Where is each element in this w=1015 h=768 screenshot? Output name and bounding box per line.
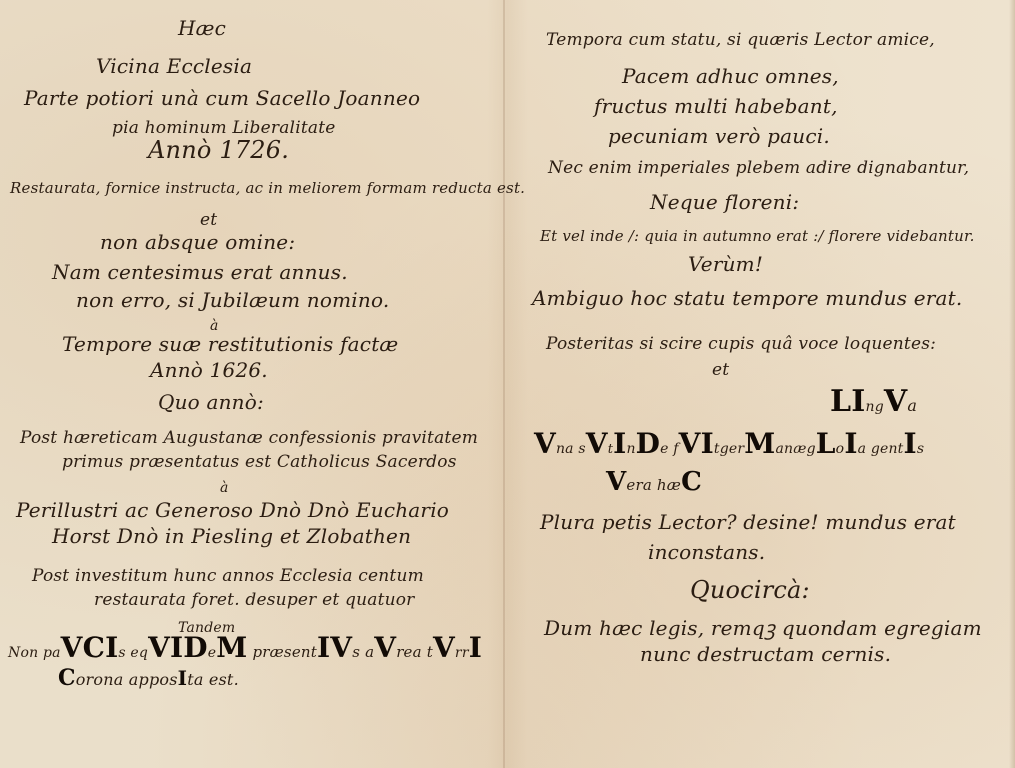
right-line-8: Verùm! [688,254,763,274]
right-line-2: Pacem adhuc omnes, [622,66,839,86]
chrono-capital: VID [148,631,208,664]
right-line-3: fructus multi habebant, [594,96,838,116]
right-line-6: Neque floreni: [650,192,799,212]
left-line-3: Parte potiori unà cum Sacello Joanneo [24,88,420,108]
chrono-text: ng [866,399,884,415]
left-line-20: Post investitum hunc annos Ecclesia cent… [32,566,424,586]
right-line-15: Dum hæc legis, remqꝫ quondam egregiam [544,618,982,638]
right-chronogram-top: LIngVa [830,392,917,417]
chrono-capital: M [216,631,247,664]
chrono-capital: I [904,427,917,460]
chrono-capital: I [469,631,482,664]
chrono-capital: I [844,427,857,460]
left-chronogram-line-2: Corona apposIta est. [58,668,239,690]
chrono-text: n [626,441,635,457]
right-line-12: Plura petis Lector? desine! mundus erat [540,512,956,532]
chrono-text: s [917,441,924,457]
chrono-text: Non pa [8,645,61,661]
chrono-capital: L [816,427,836,460]
chrono-text: orona appos [76,670,178,689]
manuscript-spread: Hæc Vicina Ecclesia Parte potiori unà cu… [0,0,1015,768]
right-line-14: Quocircà: [690,580,810,600]
chrono-text: a gent [858,441,904,457]
chrono-capital: VCI [61,631,119,664]
left-line-19: Horst Dnò in Piesling et Zlobathen [52,526,411,546]
chrono-text: era hæ [626,476,681,494]
left-line-8: non absque omine: [100,232,295,252]
left-line-17: à [220,478,229,498]
chrono-capital: IV [317,631,352,664]
left-line-16: primus præsentatus est Catholicus Sacerd… [62,452,457,472]
right-line-5: Nec enim imperiales plebem adire dignaba… [548,158,969,178]
chrono-text: tger [714,441,744,457]
chrono-capital: V [374,631,396,664]
chrono-capital: C [681,467,702,497]
chrono-text: e [208,645,217,661]
chrono-capital: LI [830,384,866,419]
right-chronogram-main: Vna sVtInDe fVItgerManægLoIa gentIs [534,434,924,460]
chrono-text: rr [455,645,469,661]
left-line-1: Hæc [178,18,226,38]
right-line-7: Et vel inde /: quia in autumno erat :/ f… [540,226,975,246]
chrono-text: rea t [396,643,433,661]
left-line-10: non erro, si Jubilæum nomino. [76,290,389,310]
left-line-18: Perillustri ac Generoso Dnò Dnò Euchario [16,500,449,520]
chrono-capital: V [606,467,626,497]
chrono-capital: V [586,427,608,460]
left-line-21: restaurata foret. desuper et quatuor [94,590,415,610]
left-line-9: Nam centesimus erat annus. [52,262,348,282]
left-line-14: Quo annò: [158,392,264,412]
left-line-13: Annò 1626. [150,360,268,380]
left-line-4: pia hominum Liberalitate [112,118,335,138]
right-line-11: et [712,360,729,380]
chrono-text: ta est. [187,670,239,689]
chrono-capital: VI [679,427,714,460]
left-line-7: et [200,210,217,230]
chrono-text: e f [660,441,679,457]
chrono-text: anæg [775,441,815,457]
right-line-13: inconstans. [648,542,765,562]
left-chronogram-line-1: Non paVCIs eqVIDeM præsentIVs aVrea tVrr… [8,638,482,663]
right-chronogram-bottom: Vera hæC [606,472,702,495]
chrono-text: na s [556,441,586,457]
right-line-4: pecuniam verò pauci. [608,126,830,146]
left-line-2: Vicina Ecclesia [96,56,252,76]
chrono-capital: D [636,427,660,460]
chrono-capital: V [433,631,455,664]
right-line-10: Posteritas si scire cupis quâ voce loque… [546,334,936,354]
chrono-capital: V [534,427,556,460]
left-line-15: Post hæreticam Augustanæ confessionis pr… [20,428,478,448]
chrono-capital: C [58,665,76,691]
chrono-text: præsent [247,643,317,661]
right-line-1: Tempora cum statu, si quæris Lector amic… [546,30,935,50]
right-line-16: nunc destructam cernis. [640,644,891,664]
chrono-text: a [907,396,917,415]
chrono-capital: M [744,427,775,460]
page-edge-shadow [1009,0,1015,768]
page-fold [503,0,505,768]
chrono-capital: V [884,384,907,419]
left-line-6: Restaurata, fornice instructa, ac in mel… [10,178,525,198]
right-line-9: Ambiguo hoc statu tempore mundus erat. [532,288,962,308]
left-line-5: Annò 1726. [148,140,289,160]
chrono-capital: I [613,427,626,460]
chrono-capital: I [178,666,188,690]
chrono-text: s a [352,643,374,661]
left-line-12: Tempore suæ restitutionis factæ [62,334,398,354]
chrono-text: s eq [118,645,148,661]
